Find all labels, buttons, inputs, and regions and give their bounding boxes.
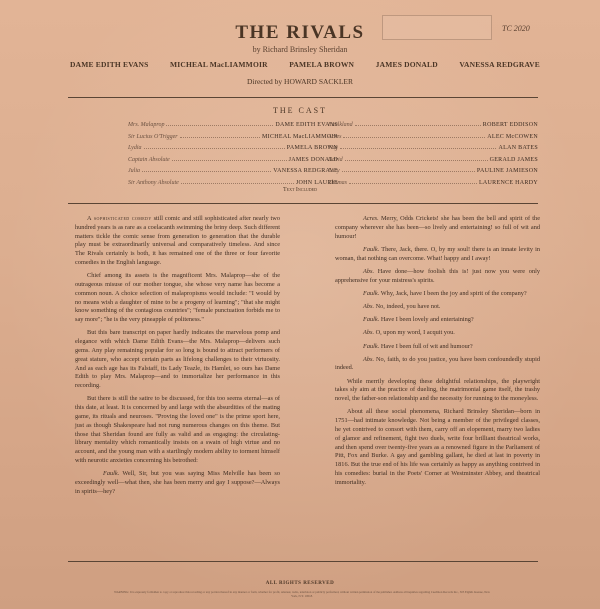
character-name: David (328, 157, 343, 163)
quoted-dialogue: Faulk. Well, Sir, but you was saying Mis… (75, 470, 280, 496)
cast-row: Captain AbsoluteJAMES DONALD (128, 156, 338, 168)
cast-row: Sir Lucius O'TriggerMICHEAL MacLIAMMOIR (128, 133, 338, 145)
speaker-label: Abs. (363, 329, 374, 336)
rights-notice: ALL RIGHTS RESERVED (0, 581, 600, 586)
character-name: Sir Anthony Absolute (128, 180, 179, 186)
speaker-label: Abs. (363, 356, 374, 363)
quoted-dialogue: Abs. Have done—how foolish this is! just… (335, 268, 540, 286)
dialogue-text: Have I been full of wit and humour? (379, 343, 472, 350)
liner-notes-right-column: Acres. Merry, Odds Crickets! she has bee… (335, 215, 540, 492)
paragraph: Chief among its assets is the magnificen… (75, 272, 280, 325)
actor-name: LAURENCE HARDY (479, 180, 538, 186)
dot-leader (144, 144, 285, 149)
character-name: Thomas (328, 180, 347, 186)
speaker-label: Faulk. (363, 290, 379, 297)
cast-row: JuliaVANESSA REDGRAVE (128, 167, 338, 179)
cast-row: Mrs. MalapropDAME EDITH EVANS (128, 121, 338, 133)
dialogue-text: O, upon my word, I acquit you. (374, 329, 455, 336)
cast-list-right: FaulklandROBERT EDDISONAcresALEC McCOWEN… (328, 121, 538, 190)
actor-name: ROBERT EDDISON (483, 122, 538, 128)
cast-heading: THE CAST (0, 106, 600, 115)
quoted-dialogue: Faulk. There, Jack, there. O, by my soul… (335, 246, 540, 264)
speaker-label: Faulk. (103, 470, 119, 477)
album-back-cover: TC 2020 THE RIVALS by Richard Brinsley S… (0, 0, 600, 609)
paragraph-text: While merrily developing these delightfu… (335, 378, 540, 403)
cast-row: DavidGERALD JAMES (328, 156, 538, 168)
speaker-label: Faulk. (363, 246, 379, 253)
cast-row: FagALAN BATES (328, 144, 538, 156)
character-name: Lucy (328, 168, 340, 174)
quoted-dialogue: Abs. No, faith, to do you justice, you h… (335, 356, 540, 374)
star-name: DAME EDITH EVANS (70, 60, 149, 69)
speaker-label: Faulk. (363, 316, 379, 323)
actor-name: GERALD JAMES (490, 157, 538, 163)
star-name: MICHEAL MacLIAMMOIR (170, 60, 268, 69)
speaker-label: Abs. (363, 268, 374, 275)
speaker-label: Acres. (363, 215, 379, 222)
paragraph-text: still comic and still sophisticated afte… (75, 215, 280, 266)
dialogue-text: No, indeed, you have not. (374, 303, 440, 310)
dot-leader (340, 144, 497, 149)
author-byline: by Richard Brinsley Sheridan (0, 45, 600, 54)
paragraph: About all these social phenomena, Richar… (335, 408, 540, 487)
character-name: Sir Lucius O'Trigger (128, 134, 178, 140)
paragraph: But there is still the satire to be disc… (75, 395, 280, 465)
dot-leader (180, 133, 260, 138)
divider (68, 561, 538, 562)
divider (68, 97, 538, 98)
quoted-dialogue: Faulk. Have I been full of wit and humou… (335, 343, 540, 352)
paragraph-text: Chief among its assets is the magnificen… (75, 272, 280, 323)
star-name: PAMELA BROWN (289, 60, 354, 69)
dialogue-text: Why, Jack, have I been the joy and spiri… (379, 290, 526, 297)
dot-leader (172, 156, 287, 161)
paragraph-text: But there is still the satire to be disc… (75, 395, 280, 464)
dot-leader (142, 167, 271, 172)
speaker-label: Abs. (363, 303, 374, 310)
dot-leader (181, 179, 294, 184)
star-name: VANESSA REDGRAVE (459, 60, 540, 69)
dot-leader (345, 156, 488, 161)
character-name: Captain Absolute (128, 157, 170, 163)
text-included-note: Text Included (0, 187, 600, 193)
actor-name: MICHEAL MacLIAMMOIR (262, 134, 338, 140)
copyright-warning: WARNING: It is expressly forbidden to co… (112, 590, 492, 598)
paragraph-text: But this bare transcript on paper hardly… (75, 329, 280, 389)
dot-leader (166, 121, 273, 126)
dot-leader (349, 179, 477, 184)
actor-name: ALEC McCOWEN (487, 134, 538, 140)
album-title: THE RIVALS (0, 22, 600, 44)
character-name: Julia (128, 168, 140, 174)
quoted-dialogue: Abs. No, indeed, you have not. (335, 303, 540, 312)
actor-name: PAULINE JAMIESON (477, 168, 538, 174)
cast-row: LucyPAULINE JAMIESON (328, 167, 538, 179)
dot-leader (343, 133, 485, 138)
cast-row: FaulklandROBERT EDDISON (328, 121, 538, 133)
character-name: Lydia (128, 145, 142, 151)
cast-list-left: Mrs. MalapropDAME EDITH EVANSSir Lucius … (128, 121, 338, 190)
quoted-dialogue: Abs. O, upon my word, I acquit you. (335, 329, 540, 338)
liner-notes-left-column: A sophisticated comedy still comic and s… (75, 215, 280, 501)
character-name: Acres (328, 134, 341, 140)
dot-leader (342, 167, 475, 172)
quoted-dialogue: Faulk. Why, Jack, have I been the joy an… (335, 290, 540, 299)
paragraph-text: About all these social phenomena, Richar… (335, 408, 540, 485)
star-name: JAMES DONALD (376, 60, 438, 69)
character-name: Faulkland (328, 122, 353, 128)
quoted-dialogue: Faulk. Have I been lovely and entertaini… (335, 316, 540, 325)
starring-list: DAME EDITH EVANS MICHEAL MacLIAMMOIR PAM… (70, 60, 540, 69)
cast-row: LydiaPAMELA BROWN (128, 144, 338, 156)
paragraph: While merrily developing these delightfu… (335, 378, 540, 404)
quoted-dialogue: Acres. Merry, Odds Crickets! she has bee… (335, 215, 540, 241)
director-credit: Directed by HOWARD SACKLER (0, 77, 600, 86)
actor-name: ALAN BATES (498, 145, 538, 151)
paragraph: A sophisticated comedy still comic and s… (75, 215, 280, 268)
paragraph: But this bare transcript on paper hardly… (75, 329, 280, 391)
dialogue-text: Have I been lovely and entertaining? (379, 316, 473, 323)
dot-leader (355, 121, 481, 126)
cast-row: AcresALEC McCOWEN (328, 133, 538, 145)
speaker-label: Faulk. (363, 343, 379, 350)
lead-in: A sophisticated comedy (87, 215, 152, 222)
character-name: Mrs. Malaprop (128, 122, 164, 128)
character-name: Fag (328, 145, 338, 151)
divider (68, 203, 538, 204)
